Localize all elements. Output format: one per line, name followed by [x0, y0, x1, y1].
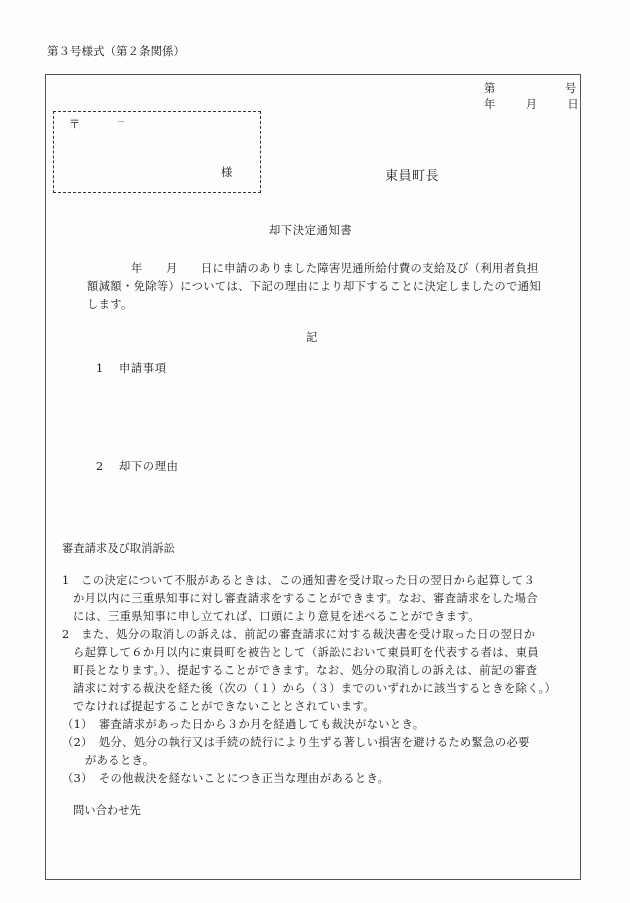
postal-dash: －: [117, 118, 125, 126]
recipient-address-box: [53, 111, 261, 193]
appeal-line: （3） その他裁決を経ないことにつき正当な理由があるとき。: [62, 773, 389, 784]
item-1-number: 1: [96, 363, 103, 374]
appeal-line: ら起算して６か月以内に東員町を被告として（訴訟において東員町を代表する者は、東員: [73, 647, 539, 658]
item-2-label: 却下の理由: [119, 461, 179, 472]
document-title: 却下決定通知書: [269, 225, 352, 236]
appeal-line: 請求に対する裁決を経た後（次の（１）から（３）までのいずれかに該当するときを除く…: [73, 683, 556, 694]
appeal-line: （2） 処分、処分の執行又は手続の続行により生ずる著しい損害を避けるため緊急の必…: [62, 737, 530, 748]
body-line-1: 年 月 日に申請のありました障害児通所給付費の支給及び（利用者負担: [131, 263, 539, 274]
contact-label: 問い合わせ先: [73, 805, 141, 816]
postal-mark: 〒: [69, 119, 80, 130]
ki-marker: 記: [306, 332, 317, 343]
appeal-line: 2 また、処分の取消しの訴えは、前記の審査請求に対する裁決書を受け取った日の翌日…: [62, 629, 535, 640]
appeal-line: には、三重県知事に申し立てれば、口頭により意見を述べることができます。: [73, 611, 480, 622]
body-line-3: します。: [87, 299, 133, 310]
document-number-line: 第 号: [484, 83, 578, 94]
item-2-number: 2: [96, 461, 103, 472]
recipient-honorific: 様: [221, 167, 232, 178]
item-1-label: 申請事項: [119, 363, 167, 374]
appeal-heading: 審査請求及び取消訴訟: [62, 543, 175, 554]
appeal-line: （1） 審査請求があった日から３か月を経過しても裁決がないとき。: [62, 719, 424, 730]
appeal-line: か月以内に三重県知事に対し審査請求をすることができます。なお、審査請求をした場合: [73, 593, 538, 604]
appeal-line: 町長となります。）、提起することができます。なお、処分の取消しの訴えは、前記の審…: [73, 665, 537, 676]
appeal-line: 1 この決定について不服があるときは、この通知書を受け取った日の翌日から起算して…: [62, 575, 535, 586]
form-label: 第３号様式（第２条関係）: [47, 46, 185, 58]
body-line-2: 額減額・免除等）については、下記の理由により却下することに決定しましたので通知: [87, 281, 541, 292]
appeal-line: でなければ提起することができないこととされています。: [73, 701, 375, 712]
sender-name: 東員町長: [385, 170, 439, 183]
document-date-line: 年 月 日: [484, 99, 581, 110]
appeal-line: があるとき。: [85, 755, 154, 766]
